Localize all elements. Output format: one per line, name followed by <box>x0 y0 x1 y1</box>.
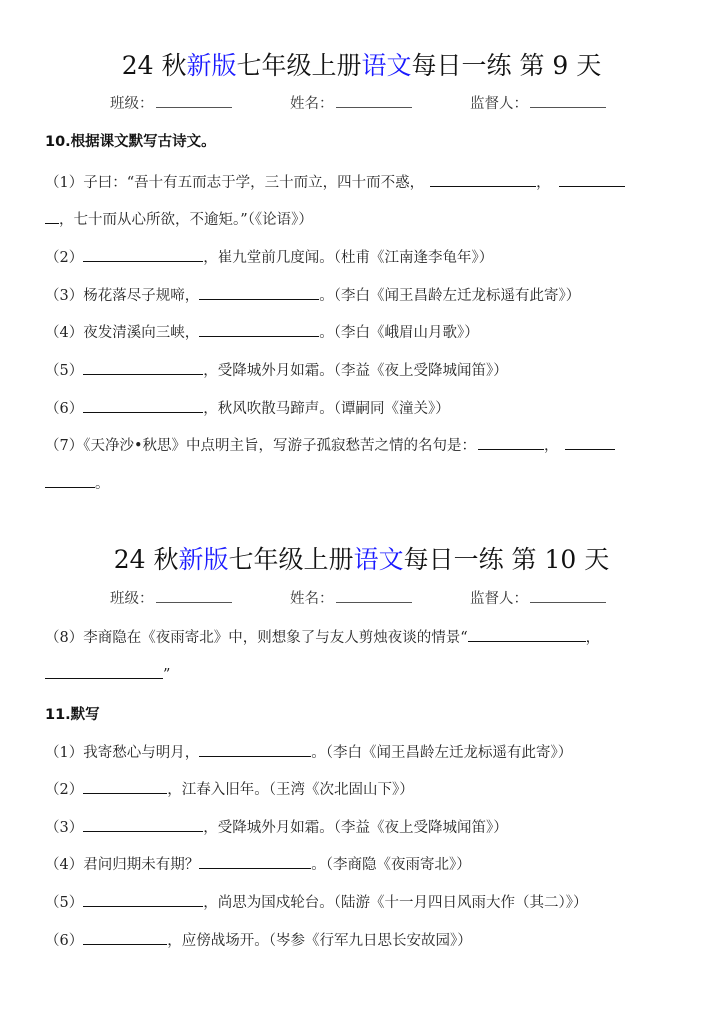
item-source: 。（李白《闻王昌龄左迁龙标遥有此寄》） <box>311 745 572 761</box>
item-label: （3） <box>45 820 83 836</box>
q10-item-7-line1: （7）《天净沙•秋思》中点明主旨，写游子孤寂愁苦之情的名句是：， <box>45 434 615 455</box>
title-highlight-new: 新版 <box>179 545 229 574</box>
q10-item-8-line2: ” <box>45 664 170 683</box>
q10-item-8-line1: （8）李商隐在《夜雨寄北》中，则想象了与友人剪烛夜谈的情景“， <box>45 626 600 647</box>
item-label: （5） <box>45 895 83 911</box>
item-label: （5） <box>45 363 83 379</box>
item-text: （4）夜发清溪向三峡， <box>45 325 199 341</box>
title-highlight-subject: 语文 <box>354 545 404 574</box>
item-text: （3）杨花落尽子规啼， <box>45 288 199 304</box>
q11-heading: 11.默写 <box>45 703 100 724</box>
q10-item-2: （2），崔九堂前几度闻。（杜甫《江南逢李龟年》） <box>45 246 493 267</box>
answer-blank[interactable] <box>478 435 544 450</box>
answer-blank[interactable] <box>468 627 586 642</box>
supervisor-field[interactable]: 监督人： <box>470 92 606 113</box>
title-prefix: 24 秋 <box>114 545 179 574</box>
item-text: （7）《天净沙•秋思》中点明主旨，写游子孤寂愁苦之情的名句是： <box>45 438 476 454</box>
supervisor-label: 监督人： <box>470 591 528 607</box>
name-blank[interactable] <box>336 590 412 603</box>
item-label: （2） <box>45 250 83 266</box>
item-source: 。（李白《峨眉山月歌》） <box>319 325 479 341</box>
q10-item-6: （6），秋风吹散马蹄声。（谭嗣同《潼关》） <box>45 397 450 418</box>
comma: ， <box>544 438 559 454</box>
q10-item-1-line2: ，七十而从心所欲，不逾矩。”（《论语》） <box>45 208 313 229</box>
answer-blank[interactable] <box>559 172 625 187</box>
item-text: ，江春入旧年。（王湾《次北固山下》） <box>167 782 414 798</box>
item-source: 。（李商隐《夜雨寄北》） <box>311 857 471 873</box>
q11-item-2: （2），江春入旧年。（王湾《次北固山下》） <box>45 778 414 799</box>
supervisor-blank[interactable] <box>530 95 606 108</box>
class-field[interactable]: 班级： <box>110 587 232 608</box>
answer-blank[interactable] <box>199 285 319 300</box>
name-label: 姓名： <box>290 591 334 607</box>
q10-item-3: （3）杨花落尽子规啼，。（李白《闻王昌龄左迁龙标遥有此寄》） <box>45 284 580 305</box>
item-text: ，受降城外月如霜。（李益《夜上受降城闻笛》） <box>203 820 508 836</box>
day9-title: 24 秋新版七年级上册语文每日一练 第 9 天 <box>0 46 723 82</box>
period: 。 <box>95 476 110 492</box>
answer-blank[interactable] <box>83 930 167 945</box>
class-field[interactable]: 班级： <box>110 92 232 113</box>
item-text: ，崔九堂前几度闻。（杜甫《江南逢李龟年》） <box>203 250 493 266</box>
answer-blank[interactable] <box>430 172 536 187</box>
item-text: ，秋风吹散马蹄声。（谭嗣同《潼关》） <box>203 401 450 417</box>
q10-item-1-line1: （1）子曰：“吾十有五而志于学，三十而立，四十而不惑，， <box>45 171 625 192</box>
q11-item-5: （5），尚思为国戍轮台。（陆游《十一月四日风雨大作（其二）》） <box>45 891 587 912</box>
title-grade: 七年级上册 <box>237 51 362 80</box>
title-prefix: 24 秋 <box>122 51 187 80</box>
item-source: 。（李白《闻王昌龄左迁龙标遥有此寄》） <box>319 288 580 304</box>
name-blank[interactable] <box>336 95 412 108</box>
title-grade: 七年级上册 <box>229 545 354 574</box>
closing-quote: ” <box>163 667 170 683</box>
item-label: （6） <box>45 933 83 949</box>
item-text: ，尚思为国戍轮台。（陆游《十一月四日风雨大作（其二）》） <box>203 895 587 911</box>
answer-blank[interactable] <box>45 209 59 224</box>
answer-blank[interactable] <box>565 435 615 450</box>
answer-blank[interactable] <box>83 817 203 832</box>
class-blank[interactable] <box>156 95 232 108</box>
item-text: （4）君问归期未有期？ <box>45 857 199 873</box>
answer-blank[interactable] <box>199 742 311 757</box>
answer-blank[interactable] <box>199 322 319 337</box>
q10-item-1-text-cont: ，七十而从心所欲，不逾矩。”（《论语》） <box>59 212 313 228</box>
name-field[interactable]: 姓名： <box>290 587 412 608</box>
q10-item-5: （5），受降城外月如霜。（李益《夜上受降城闻笛》） <box>45 359 508 380</box>
answer-blank[interactable] <box>45 473 95 488</box>
comma: ， <box>536 175 551 191</box>
supervisor-label: 监督人： <box>470 96 528 112</box>
answer-blank[interactable] <box>83 398 203 413</box>
q11-item-4: （4）君问归期未有期？。（李商隐《夜雨寄北》） <box>45 853 471 874</box>
answer-blank[interactable] <box>83 892 203 907</box>
answer-blank[interactable] <box>45 664 163 679</box>
title-suffix: 每日一练 第 9 天 <box>412 51 602 80</box>
comma: ， <box>586 630 601 646</box>
q11-item-3: （3），受降城外月如霜。（李益《夜上受降城闻笛》） <box>45 816 508 837</box>
item-label: （6） <box>45 401 83 417</box>
item-text: ，应傍战场开。（岑参《行军九日思长安故园》） <box>167 933 472 949</box>
q11-item-6: （6），应傍战场开。（岑参《行军九日思长安故园》） <box>45 929 472 950</box>
item-text: （1）我寄愁心与明月， <box>45 745 199 761</box>
item-label: （2） <box>45 782 83 798</box>
title-highlight-new: 新版 <box>186 51 236 80</box>
q10-item-1-text: （1）子曰：“吾十有五而志于学，三十而立，四十而不惑， <box>45 175 424 191</box>
name-label: 姓名： <box>290 96 334 112</box>
day10-title: 24 秋新版七年级上册语文每日一练 第 10 天 <box>0 540 723 576</box>
name-field[interactable]: 姓名： <box>290 92 412 113</box>
item-text: （8）李商隐在《夜雨寄北》中，则想象了与友人剪烛夜谈的情景“ <box>45 630 468 646</box>
supervisor-blank[interactable] <box>530 590 606 603</box>
answer-blank[interactable] <box>83 360 203 375</box>
supervisor-field[interactable]: 监督人： <box>470 587 606 608</box>
class-label: 班级： <box>110 96 154 112</box>
item-text: ，受降城外月如霜。（李益《夜上受降城闻笛》） <box>203 363 508 379</box>
class-label: 班级： <box>110 591 154 607</box>
title-highlight-subject: 语文 <box>362 51 412 80</box>
answer-blank[interactable] <box>83 247 203 262</box>
title-suffix: 每日一练 第 10 天 <box>404 545 610 574</box>
q10-heading: 10.根据课文默写古诗文。 <box>45 130 216 151</box>
class-blank[interactable] <box>156 590 232 603</box>
q10-item-4: （4）夜发清溪向三峡，。（李白《峨眉山月歌》） <box>45 321 479 342</box>
answer-blank[interactable] <box>199 854 311 869</box>
q11-item-1: （1）我寄愁心与明月，。（李白《闻王昌龄左迁龙标遥有此寄》） <box>45 741 572 762</box>
answer-blank[interactable] <box>83 779 167 794</box>
q10-item-7-line2: 。 <box>45 472 110 493</box>
